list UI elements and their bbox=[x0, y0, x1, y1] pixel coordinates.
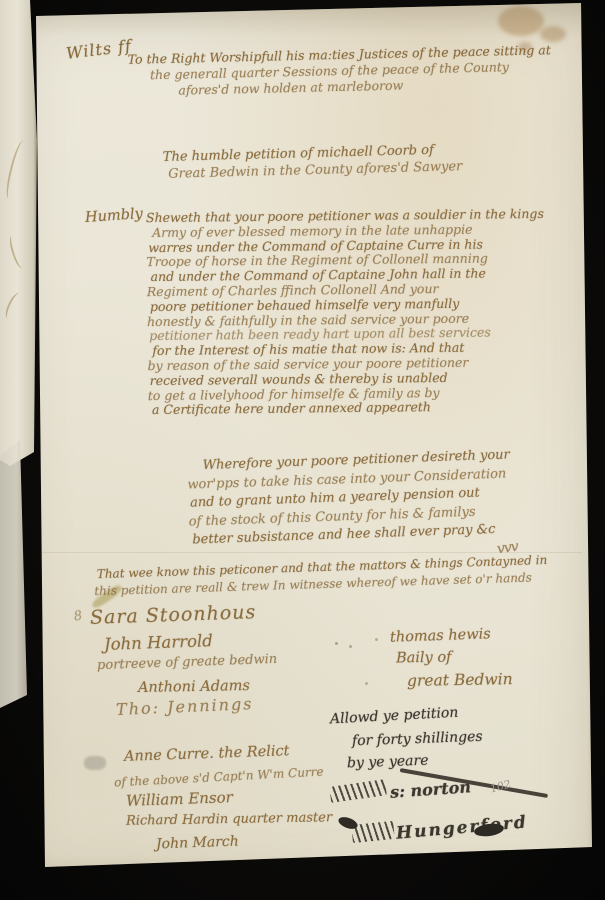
adjacent-page-ink-trace bbox=[3, 139, 29, 200]
adjacent-page-ink-trace bbox=[7, 234, 27, 269]
page-shading bbox=[0, 0, 605, 900]
photograph-backdrop: Wilts ff To the Right Worshipfull his ma… bbox=[0, 0, 605, 900]
manuscript-page: Wilts ff To the Right Worshipfull his ma… bbox=[0, 0, 605, 900]
adjacent-page-edge-top bbox=[0, 0, 38, 468]
adjacent-page-ink-trace bbox=[3, 291, 25, 321]
adjacent-page-edge-bottom bbox=[0, 440, 30, 710]
